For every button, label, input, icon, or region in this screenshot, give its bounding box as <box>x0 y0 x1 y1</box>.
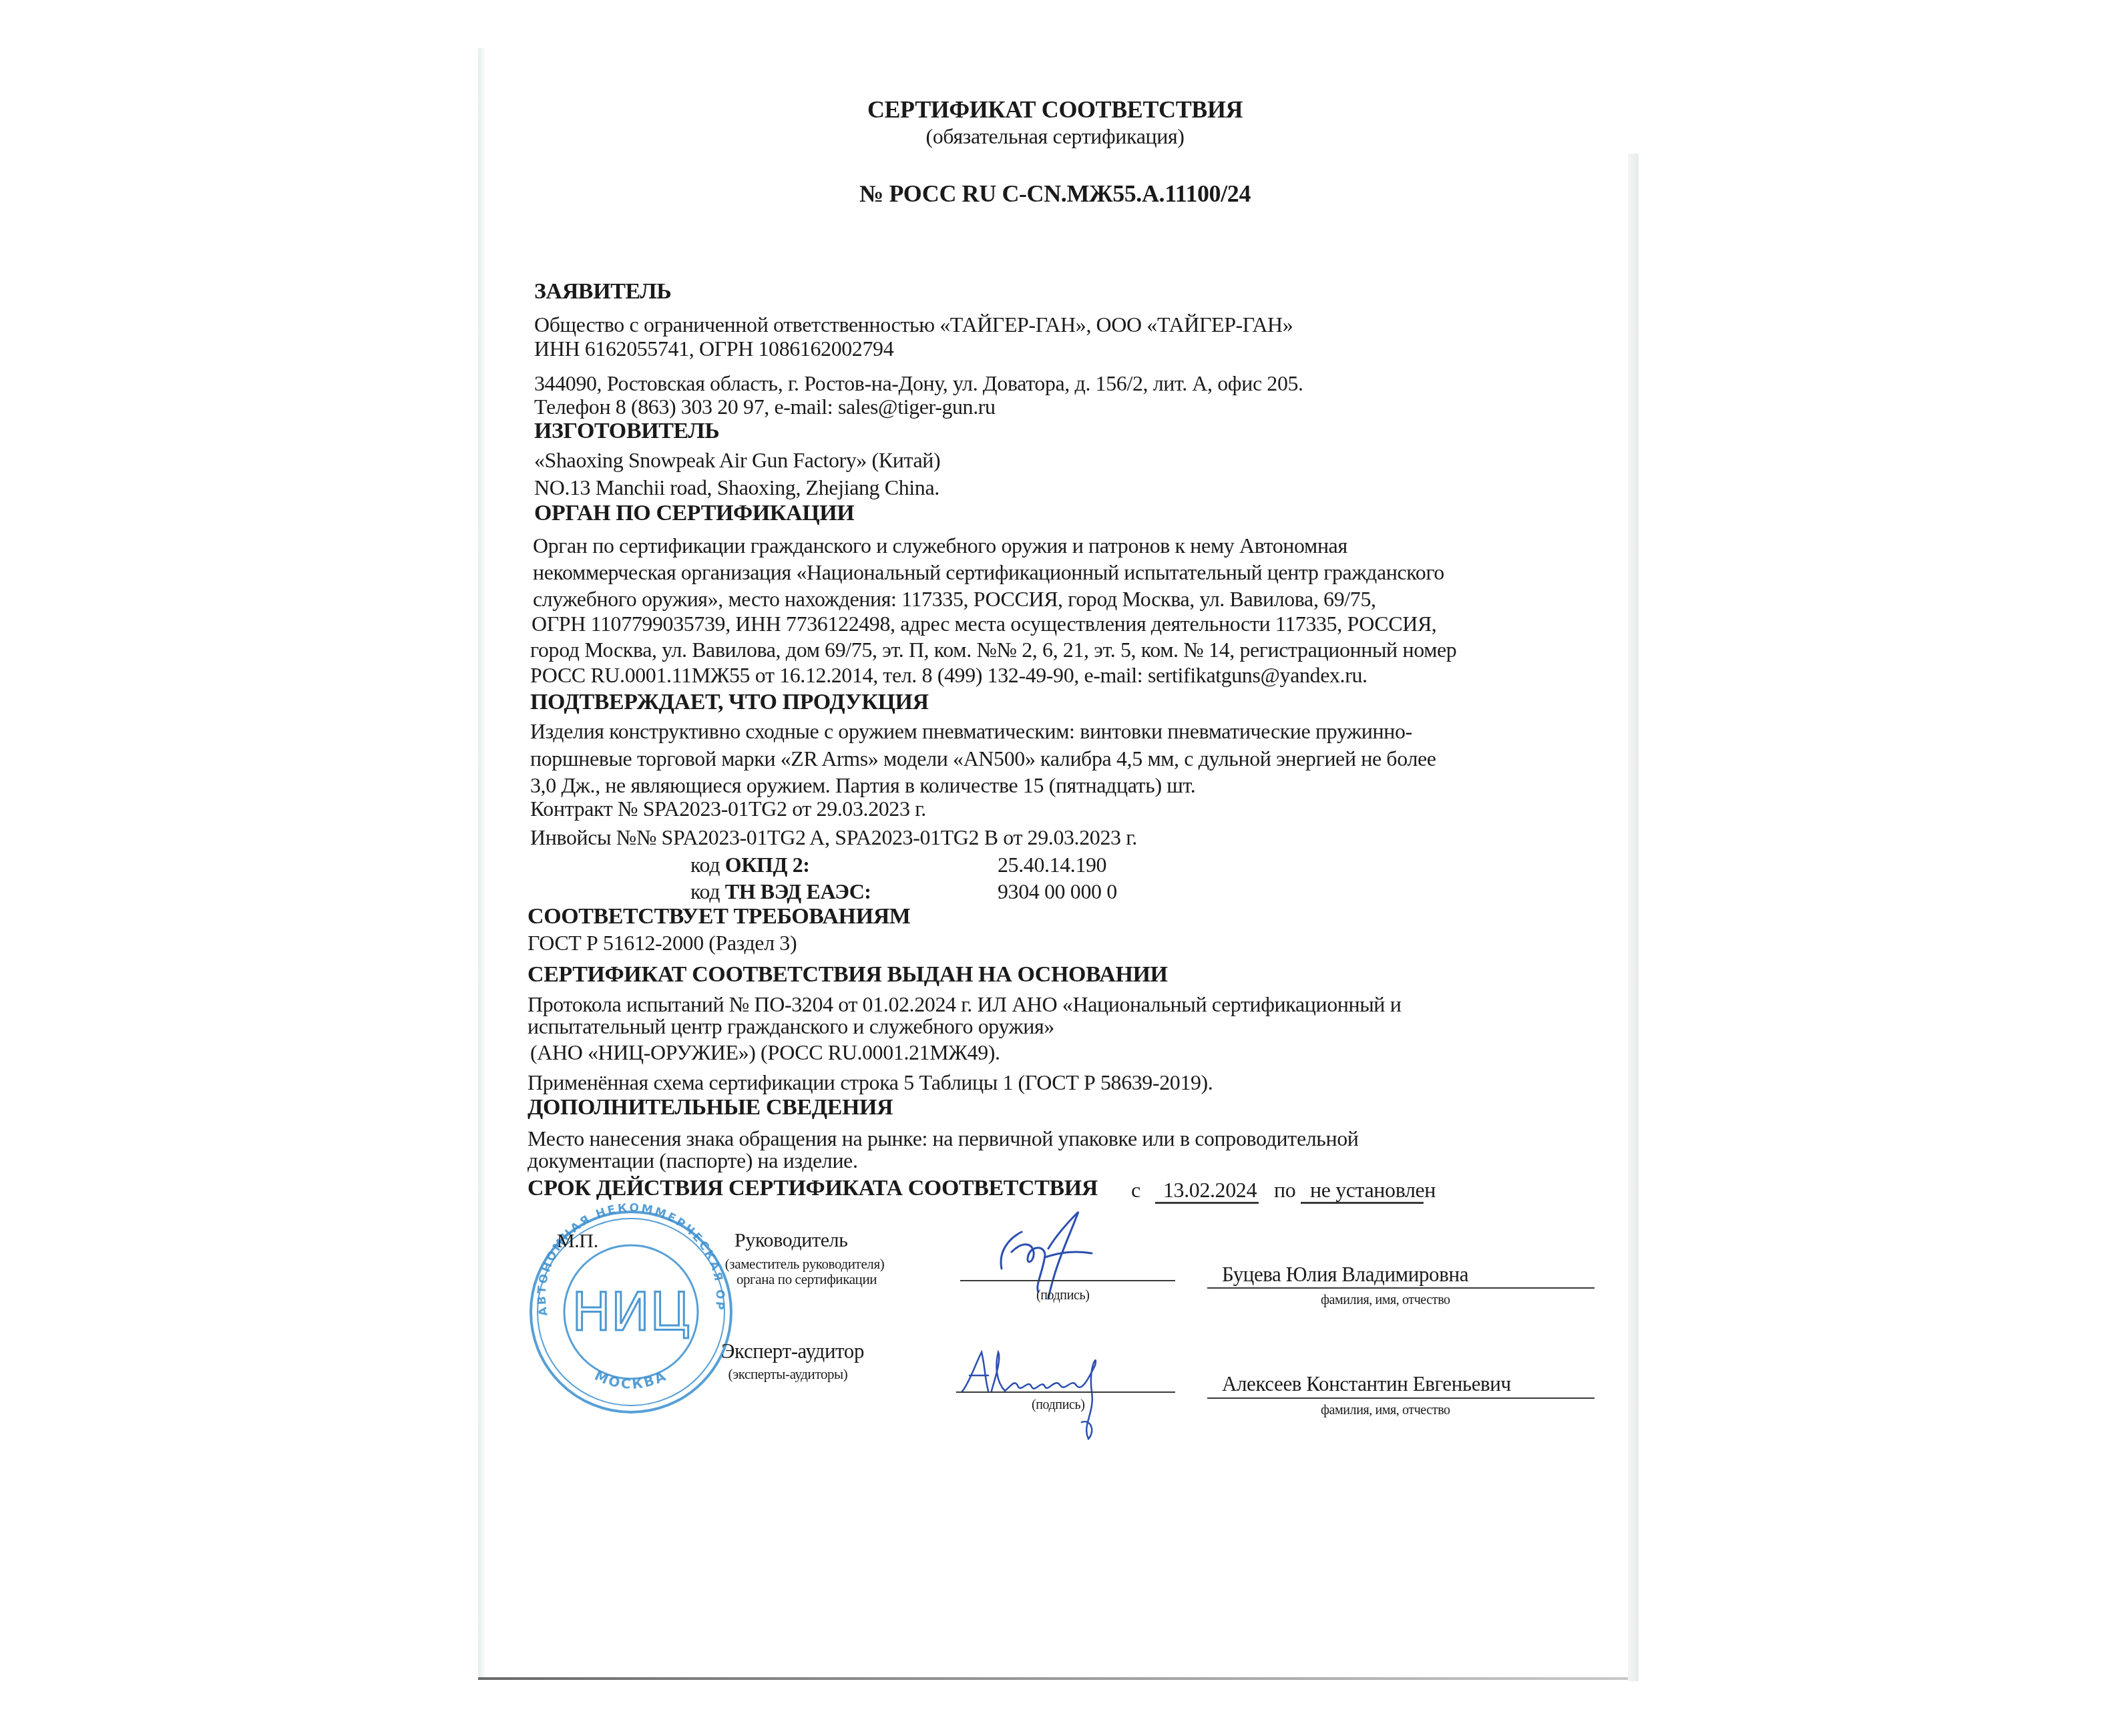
manufacturer-line: NO.13 Manchii road, Shaoxing, Zhejiang C… <box>534 477 939 498</box>
certificate-number: № РОСС RU C-CN.МЖ55.А.11100/24 <box>859 182 1251 206</box>
svg-text:МОСКВА: МОСКВА <box>592 1367 670 1392</box>
basis-line: испытательный центр гражданского и служе… <box>527 1016 1054 1037</box>
product-line: поршневые торговой марки «ZR Arms» модел… <box>530 748 1436 769</box>
certification-body-line: некоммерческая организация «Национальный… <box>533 562 1444 583</box>
applicant-line: 344090, Ростовская область, г. Ростов-на… <box>534 373 1303 394</box>
certification-body-line: служебного оружия», место нахождения: 11… <box>533 588 1376 610</box>
page-left-edge <box>478 48 485 1680</box>
validity-to-word: по <box>1274 1179 1295 1201</box>
expert-signature-caption: (подпись) <box>1032 1398 1084 1412</box>
head-role: Руководитель <box>734 1231 847 1251</box>
additional-line: Место нанесения знака обращения на рынке… <box>527 1128 1359 1149</box>
basis-heading: СЕРТИФИКАТ СООТВЕТСТВИЯ ВЫДАН НА ОСНОВАН… <box>527 963 1168 986</box>
okpd-code-label: код ОКПД 2: <box>690 854 810 875</box>
applicant-line: ИНН 6162055741, ОГРН 1086162002794 <box>534 338 893 359</box>
okpd-label: ОКПД 2: <box>725 853 810 877</box>
page-right-edge <box>1628 154 1639 1681</box>
code-prefix: код <box>690 853 725 877</box>
document-title: СЕРТИФИКАТ СООТВЕТСТВИЯ <box>867 97 1243 122</box>
validity-from-word: с <box>1131 1179 1140 1201</box>
svg-text:НИЦ: НИЦ <box>572 1283 690 1343</box>
page-bottom-edge <box>478 1677 1628 1680</box>
certification-body-line: Орган по сертификации гражданского и слу… <box>533 535 1347 556</box>
tnved-label: ТН ВЭД ЕАЭС: <box>725 879 871 903</box>
expert-signature-line <box>956 1391 1175 1393</box>
document-subtitle: (обязательная сертификация) <box>925 126 1184 147</box>
applicant-line: Телефон 8 (863) 303 20 97, e-mail: sales… <box>534 396 996 417</box>
expert-role-sub1: (эксперты-аудиторы) <box>728 1367 848 1381</box>
expert-role: Эксперт-аудитор <box>721 1341 864 1361</box>
basis-line: Протокола испытаний № ПО-3204 от 01.02.2… <box>527 994 1401 1015</box>
expert-name-line <box>1207 1397 1595 1399</box>
head-name-caption: фамилия, имя, отчество <box>1321 1293 1450 1307</box>
head-signature-line <box>960 1280 1175 1281</box>
validity-from-date: 13.02.2024 <box>1163 1179 1257 1201</box>
product-heading: ПОДТВЕРЖДАЕТ, ЧТО ПРОДУКЦИЯ <box>530 691 929 714</box>
stamp-place-label: М.П. <box>557 1231 598 1251</box>
expert-name: Алексеев Константин Евгеньевич <box>1222 1373 1511 1394</box>
certification-body-line: РОСС RU.0001.11МЖ55 от 16.12.2014, тел. … <box>530 664 1367 686</box>
code-prefix: код <box>690 879 725 903</box>
applicant-line: Общество с ограниченной ответственностью… <box>534 314 1293 335</box>
basis-line: Применённая схема сертификации строка 5 … <box>527 1072 1213 1093</box>
head-name-line <box>1207 1287 1595 1289</box>
validity-from-underline <box>1155 1202 1259 1204</box>
seal-stamp-icon: АВТОНОМНАЯ НЕКОММЕРЧЕСКАЯ ОРГАНИЗАЦИЯ МО… <box>521 1202 741 1422</box>
validity-to-underline <box>1301 1202 1424 1204</box>
requirements-line: ГОСТ Р 51612-2000 (Раздел 3) <box>527 932 797 953</box>
manufacturer-line: «Shaoxing Snowpeak Air Gun Factory» (Кит… <box>534 449 940 471</box>
head-signature-caption: (подпись) <box>1036 1289 1089 1302</box>
manufacturer-heading: ИЗГОТОВИТЕЛЬ <box>534 420 719 443</box>
tnved-code-value: 9304 00 000 0 <box>998 881 1117 902</box>
requirements-heading: СООТВЕТСТВУЕТ ТРЕБОВАНИЯМ <box>527 905 911 928</box>
basis-line: (АНО «НИЦ-ОРУЖИЕ») (РОСС RU.0001.21МЖ49)… <box>530 1042 1000 1063</box>
certification-body-line: город Москва, ул. Вавилова, дом 69/75, э… <box>530 639 1456 660</box>
expert-name-caption: фамилия, имя, отчество <box>1321 1403 1450 1417</box>
tnved-code-label: код ТН ВЭД ЕАЭС: <box>690 881 871 902</box>
applicant-heading: ЗАЯВИТЕЛЬ <box>534 280 671 303</box>
contract-line: Контракт № SPA2023-01TG2 от 29.03.2023 г… <box>530 798 926 819</box>
additional-heading: ДОПОЛНИТЕЛЬНЫЕ СВЕДЕНИЯ <box>527 1096 893 1119</box>
certification-body-heading: ОРГАН ПО СЕРТИФИКАЦИИ <box>534 502 854 525</box>
product-line: 3,0 Дж., не являющиеся оружием. Партия в… <box>530 775 1195 796</box>
validity-heading: СРОК ДЕЙСТВИЯ СЕРТИФИКАТА СООТВЕТСТВИЯ <box>527 1177 1098 1200</box>
additional-line: документации (паспорте) на изделие. <box>527 1150 858 1171</box>
head-role-sub1: (заместитель руководителя) <box>725 1257 884 1271</box>
okpd-code-value: 25.40.14.190 <box>998 854 1106 875</box>
validity-to-date: не установлен <box>1310 1179 1436 1201</box>
certification-body-line: ОГРН 1107799035739, ИНН 7736122498, адре… <box>532 613 1436 634</box>
head-name: Буцева Юлия Владимировна <box>1222 1264 1468 1285</box>
head-role-sub2: органа по сертификации <box>736 1273 877 1287</box>
product-line: Изделия конструктивно сходные с оружием … <box>530 720 1412 742</box>
invoices-line: Инвойсы №№ SPA2023-01TG2 A, SPA2023-01TG… <box>530 827 1137 848</box>
